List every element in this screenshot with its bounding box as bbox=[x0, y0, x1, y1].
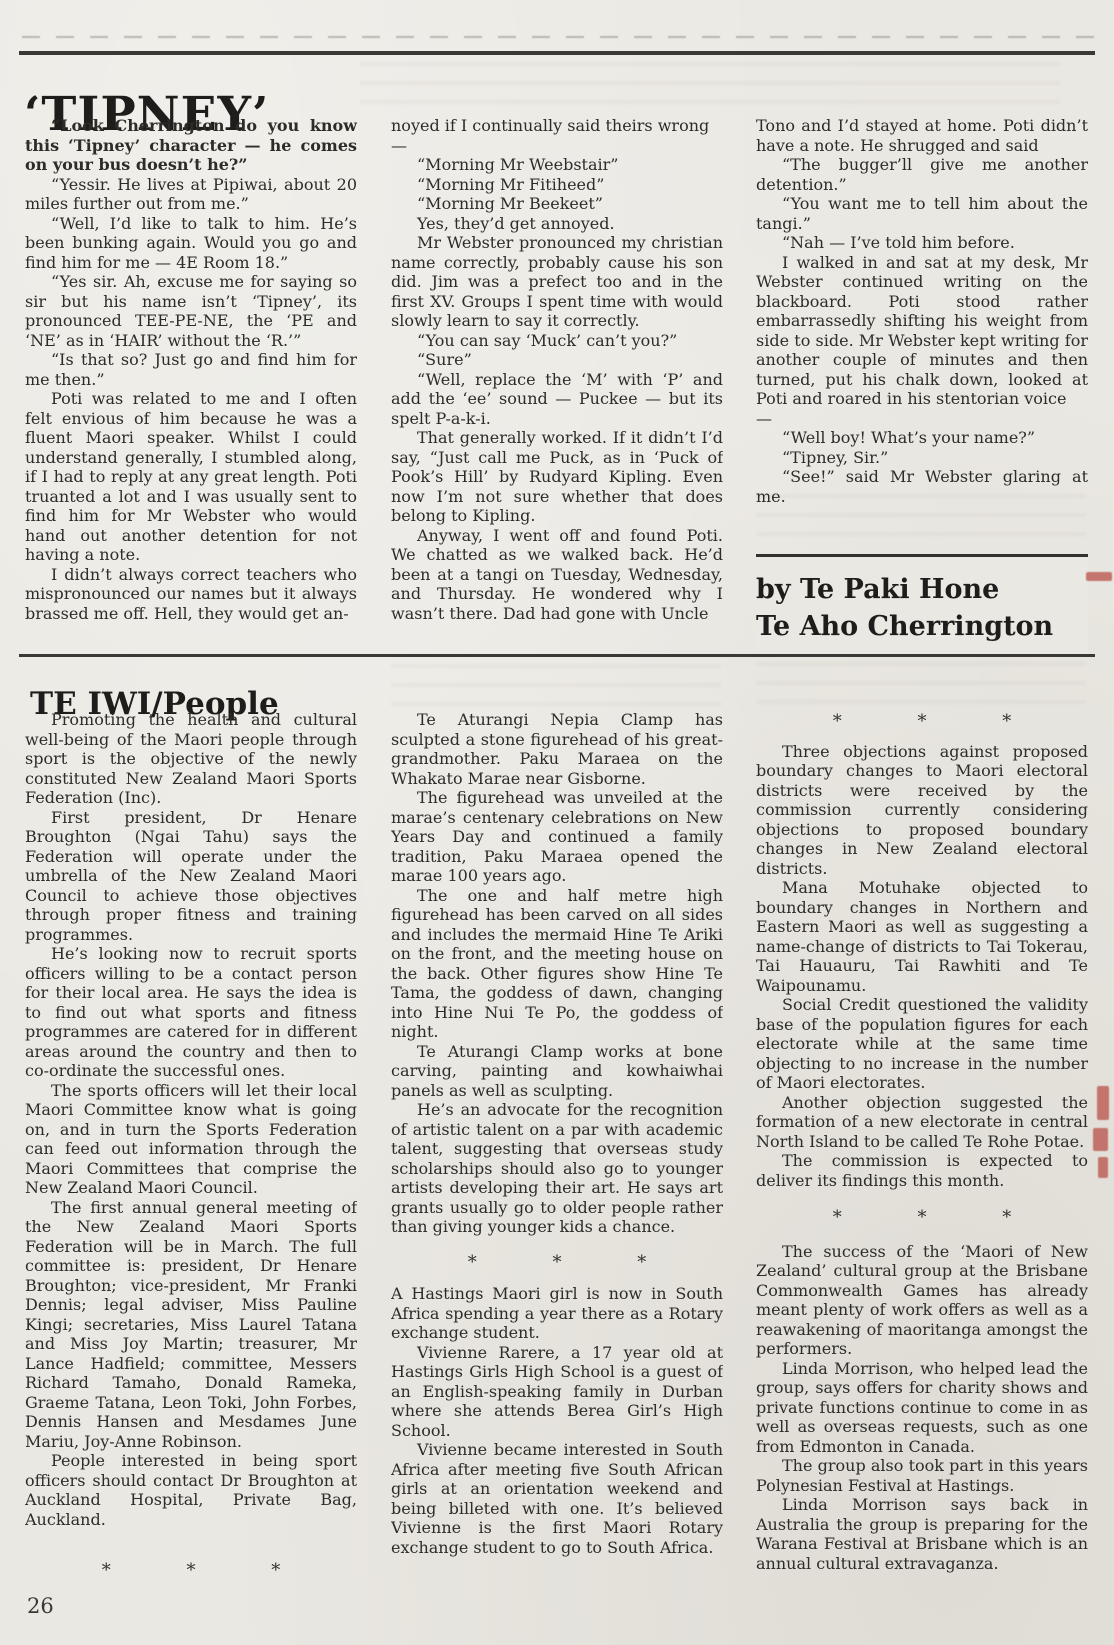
scan-artifact-dashes bbox=[22, 36, 1094, 38]
top-rule bbox=[19, 51, 1095, 55]
paragraph: “Yessir. He lives at Pipiwai, about 20 m… bbox=[25, 175, 357, 214]
paragraph: I didn’t always correct teachers who mis… bbox=[25, 565, 357, 624]
paragraph: The group also took part in this years P… bbox=[756, 1456, 1088, 1495]
te-iwi-column-2: Te Aturangi Nepia Clamp has sculpted a s… bbox=[391, 710, 723, 1635]
paragraph: Three objections against proposed bounda… bbox=[756, 742, 1088, 879]
lead-paragraph: “Look Cherrington do you know this ‘Tipn… bbox=[25, 116, 357, 175]
red-ink-mark bbox=[1097, 1086, 1109, 1120]
page-number: 26 bbox=[27, 1594, 54, 1618]
red-ink-mark bbox=[1093, 1128, 1108, 1151]
paragraph: “Morning Mr Weebstair” bbox=[391, 155, 723, 175]
paragraph: Yes, they’d get annoyed. bbox=[391, 214, 723, 234]
paragraph: Linda Morrison says back in Australia th… bbox=[756, 1495, 1088, 1573]
tipney-column-1: “Look Cherrington do you know this ‘Tipn… bbox=[25, 116, 357, 653]
paragraph: “Yes sir. Ah, excuse me for saying so si… bbox=[25, 272, 357, 350]
paragraph: “Sure” bbox=[391, 350, 723, 370]
paragraph: I walked in and sat at my desk, Mr Webst… bbox=[756, 253, 1088, 409]
red-ink-mark bbox=[1086, 572, 1112, 581]
tipney-column-2: noyed if I continually said theirs wrong… bbox=[391, 116, 723, 653]
paragraph: “You want me to tell him about the tangi… bbox=[756, 194, 1088, 233]
bleedthrough-smudge bbox=[391, 664, 721, 708]
paragraph: People interested in being sport officer… bbox=[25, 1451, 357, 1529]
paragraph: The commission is expected to deliver it… bbox=[756, 1151, 1088, 1190]
paragraph: Linda Morrison, who helped lead the grou… bbox=[756, 1359, 1088, 1457]
paragraph: “Morning Mr Fitiheed” bbox=[391, 175, 723, 195]
paragraph: noyed if I continually said theirs wrong bbox=[391, 116, 723, 136]
paragraph: The one and half metre high figurehead h… bbox=[391, 886, 723, 1042]
paragraph: The success of the ‘Maori of New Zealand… bbox=[756, 1242, 1088, 1359]
paragraph: Social Credit questioned the validity ba… bbox=[756, 995, 1088, 1093]
paragraph: Vivienne Rarere, a 17 year old at Hastin… bbox=[391, 1343, 723, 1441]
section-divider-rule bbox=[19, 654, 1095, 657]
paragraph: Vivienne became interested in South Afri… bbox=[391, 1440, 723, 1557]
paragraph: First president, Dr Henare Broughton (Ng… bbox=[25, 808, 357, 945]
paragraph: The sports officers will let their local… bbox=[25, 1081, 357, 1198]
paragraph: The figurehead was unveiled at the marae… bbox=[391, 788, 723, 886]
red-ink-mark bbox=[1098, 1157, 1108, 1178]
paragraph: He’s an advocate for the recognition of … bbox=[391, 1100, 723, 1237]
paragraph: “Well boy! What’s your name?” bbox=[756, 428, 1088, 448]
paragraph: That generally worked. If it didn’t I’d … bbox=[391, 428, 723, 526]
paragraph: The first annual general meeting of the … bbox=[25, 1198, 357, 1452]
paragraph: Tono and I’d stayed at home. Poti didn’t… bbox=[756, 116, 1088, 155]
paragraph: Mr Webster pronounced my christian name … bbox=[391, 233, 723, 331]
paragraph: Anyway, I went off and found Poti. We ch… bbox=[391, 526, 723, 624]
bleedthrough-smudge bbox=[360, 62, 1060, 108]
paragraph: “Tipney, Sir.” bbox=[756, 448, 1088, 468]
paragraph: “Well, replace the ‘M’ with ‘P’ and add … bbox=[391, 370, 723, 429]
em-dash-line: — bbox=[391, 136, 723, 156]
paragraph: Another objection suggested the formatio… bbox=[756, 1093, 1088, 1152]
te-iwi-column-1: Promoting the health and cultural well-b… bbox=[25, 710, 357, 1555]
paragraph: “You can say ‘Muck’ can’t you?” bbox=[391, 331, 723, 351]
paragraph: “See!” said Mr Webster glaring at me. bbox=[756, 467, 1088, 506]
paragraph: “The bugger’ll give me another detention… bbox=[756, 155, 1088, 194]
tipney-column-3: Tono and I’d stayed at home. Poti didn’t… bbox=[756, 116, 1088, 552]
asterisk-separator: * * * bbox=[756, 712, 1088, 732]
paragraph: He’s looking now to recruit sports offic… bbox=[25, 944, 357, 1081]
paragraph: Te Aturangi Clamp works at bone carving,… bbox=[391, 1042, 723, 1101]
te-iwi-column-3: * * * Three objections against proposed … bbox=[756, 710, 1088, 1635]
paragraph: Poti was related to me and I often felt … bbox=[25, 389, 357, 565]
em-dash-line: — bbox=[756, 409, 1088, 429]
paragraph: A Hastings Maori girl is now in South Af… bbox=[391, 1284, 723, 1343]
byline-line-2: Te Aho Cherrington bbox=[756, 608, 1088, 645]
asterisk-separator: * * * bbox=[25, 1560, 357, 1581]
byline: by Te Paki Hone Te Aho Cherrington bbox=[756, 554, 1088, 657]
scanned-magazine-page: ‘TIPNEY’ “Look Cherrington do you know t… bbox=[0, 0, 1114, 1645]
asterisk-separator: * * * bbox=[391, 1253, 723, 1273]
paragraph: Te Aturangi Nepia Clamp has sculpted a s… bbox=[391, 710, 723, 788]
byline-line-1: by Te Paki Hone bbox=[756, 571, 1088, 608]
asterisk-separator: * * * bbox=[756, 1208, 1088, 1228]
bleedthrough-smudge bbox=[756, 662, 1086, 708]
paragraph: “Nah — I’ve told him before. bbox=[756, 233, 1088, 253]
paragraph: “Is that so? Just go and find him for me… bbox=[25, 350, 357, 389]
paragraph: “Well, I’d like to talk to him. He’s bee… bbox=[25, 214, 357, 273]
paragraph: Mana Motuhake objected to boundary chang… bbox=[756, 878, 1088, 995]
paragraph: Promoting the health and cultural well-b… bbox=[25, 710, 357, 808]
paragraph: “Morning Mr Beekeet” bbox=[391, 194, 723, 214]
